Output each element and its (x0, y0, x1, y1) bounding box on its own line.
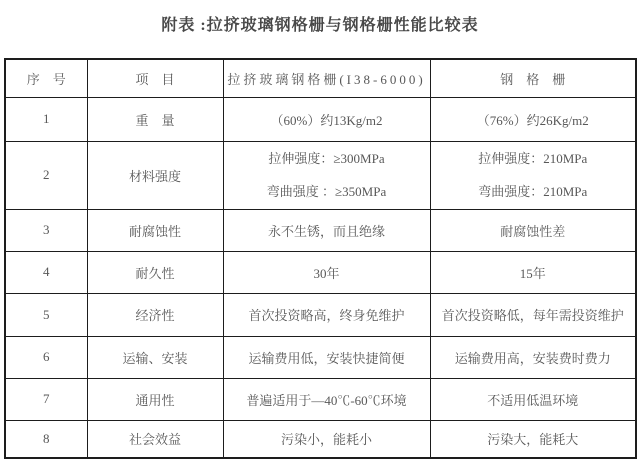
cell-steel: 运输费用高，安装费时费力 (430, 336, 636, 378)
column-header-item: 项 目 (87, 59, 223, 97)
column-header-no: 序 号 (5, 59, 87, 97)
page-title: 附表 :拉挤玻璃钢格栅与钢格栅性能比较表 (0, 12, 640, 35)
cell-steel-line-bending: 弯曲强度：210MPa (431, 175, 636, 208)
cell-frp: 拉伸强度：≥300MPa 弯曲强度 ：≥350MPa (223, 141, 430, 209)
cell-item: 耐久性 (87, 251, 223, 293)
cell-steel: 首次投资略低，每年需投资维护 (430, 293, 636, 336)
cell-item: 耐腐蚀性 (87, 209, 223, 251)
table-row: 7 通用性 普遍适用于—40℃-60℃环境 不适用低温环境 (5, 378, 636, 420)
cell-item: 运输、安装 (87, 336, 223, 378)
cell-steel: 不适用低温环境 (430, 378, 636, 420)
cell-frp: 永不生锈，而且绝缘 (223, 209, 430, 251)
cell-no: 7 (5, 378, 87, 420)
cell-item: 社会效益 (87, 420, 223, 458)
cell-steel: 拉伸强度：210MPa 弯曲强度：210MPa (430, 141, 636, 209)
document-page: 附表 :拉挤玻璃钢格栅与钢格栅性能比较表 序 号 项 目 拉挤玻璃钢格栅(I38… (0, 0, 640, 461)
cell-frp: 30年 (223, 251, 430, 293)
cell-steel-line-tensile: 拉伸强度：210MPa (431, 142, 636, 175)
cell-frp: （60%）约13Kg/m2 (223, 97, 430, 141)
cell-item: 重 量 (87, 97, 223, 141)
cell-no: 4 (5, 251, 87, 293)
cell-frp: 普遍适用于—40℃-60℃环境 (223, 378, 430, 420)
table-row: 2 材料强度 拉伸强度：≥300MPa 弯曲强度 ：≥350MPa 拉伸强度：2… (5, 141, 636, 209)
cell-no: 3 (5, 209, 87, 251)
cell-item: 经济性 (87, 293, 223, 336)
cell-no: 6 (5, 336, 87, 378)
cell-steel: 15年 (430, 251, 636, 293)
cell-no: 2 (5, 141, 87, 209)
cell-frp-line-tensile: 拉伸强度：≥300MPa (224, 142, 430, 175)
cell-no: 5 (5, 293, 87, 336)
comparison-table: 序 号 项 目 拉挤玻璃钢格栅(I38-6000) 钢 格 栅 1 重 量 （6… (4, 58, 637, 459)
cell-frp: 首次投资略高，终身免维护 (223, 293, 430, 336)
cell-item: 材料强度 (87, 141, 223, 209)
table-row: 5 经济性 首次投资略高，终身免维护 首次投资略低，每年需投资维护 (5, 293, 636, 336)
column-header-frp-grating: 拉挤玻璃钢格栅(I38-6000) (223, 59, 430, 97)
cell-steel: 污染大，能耗大 (430, 420, 636, 458)
column-header-steel-grating: 钢 格 栅 (430, 59, 636, 97)
cell-no: 8 (5, 420, 87, 458)
table-row: 8 社会效益 污染小，能耗小 污染大，能耗大 (5, 420, 636, 458)
cell-steel: 耐腐蚀性差 (430, 209, 636, 251)
table-row: 6 运输、安装 运输费用低，安装快捷简便 运输费用高，安装费时费力 (5, 336, 636, 378)
cell-frp: 污染小，能耗小 (223, 420, 430, 458)
cell-item: 通用性 (87, 378, 223, 420)
cell-no: 1 (5, 97, 87, 141)
cell-frp: 运输费用低，安装快捷简便 (223, 336, 430, 378)
cell-steel: （76%）约26Kg/m2 (430, 97, 636, 141)
table-row: 3 耐腐蚀性 永不生锈，而且绝缘 耐腐蚀性差 (5, 209, 636, 251)
table-row: 4 耐久性 30年 15年 (5, 251, 636, 293)
header-row: 序 号 项 目 拉挤玻璃钢格栅(I38-6000) 钢 格 栅 (5, 59, 636, 97)
cell-frp-line-bending: 弯曲强度 ：≥350MPa (224, 175, 430, 208)
table-row: 1 重 量 （60%）约13Kg/m2 （76%）约26Kg/m2 (5, 97, 636, 141)
